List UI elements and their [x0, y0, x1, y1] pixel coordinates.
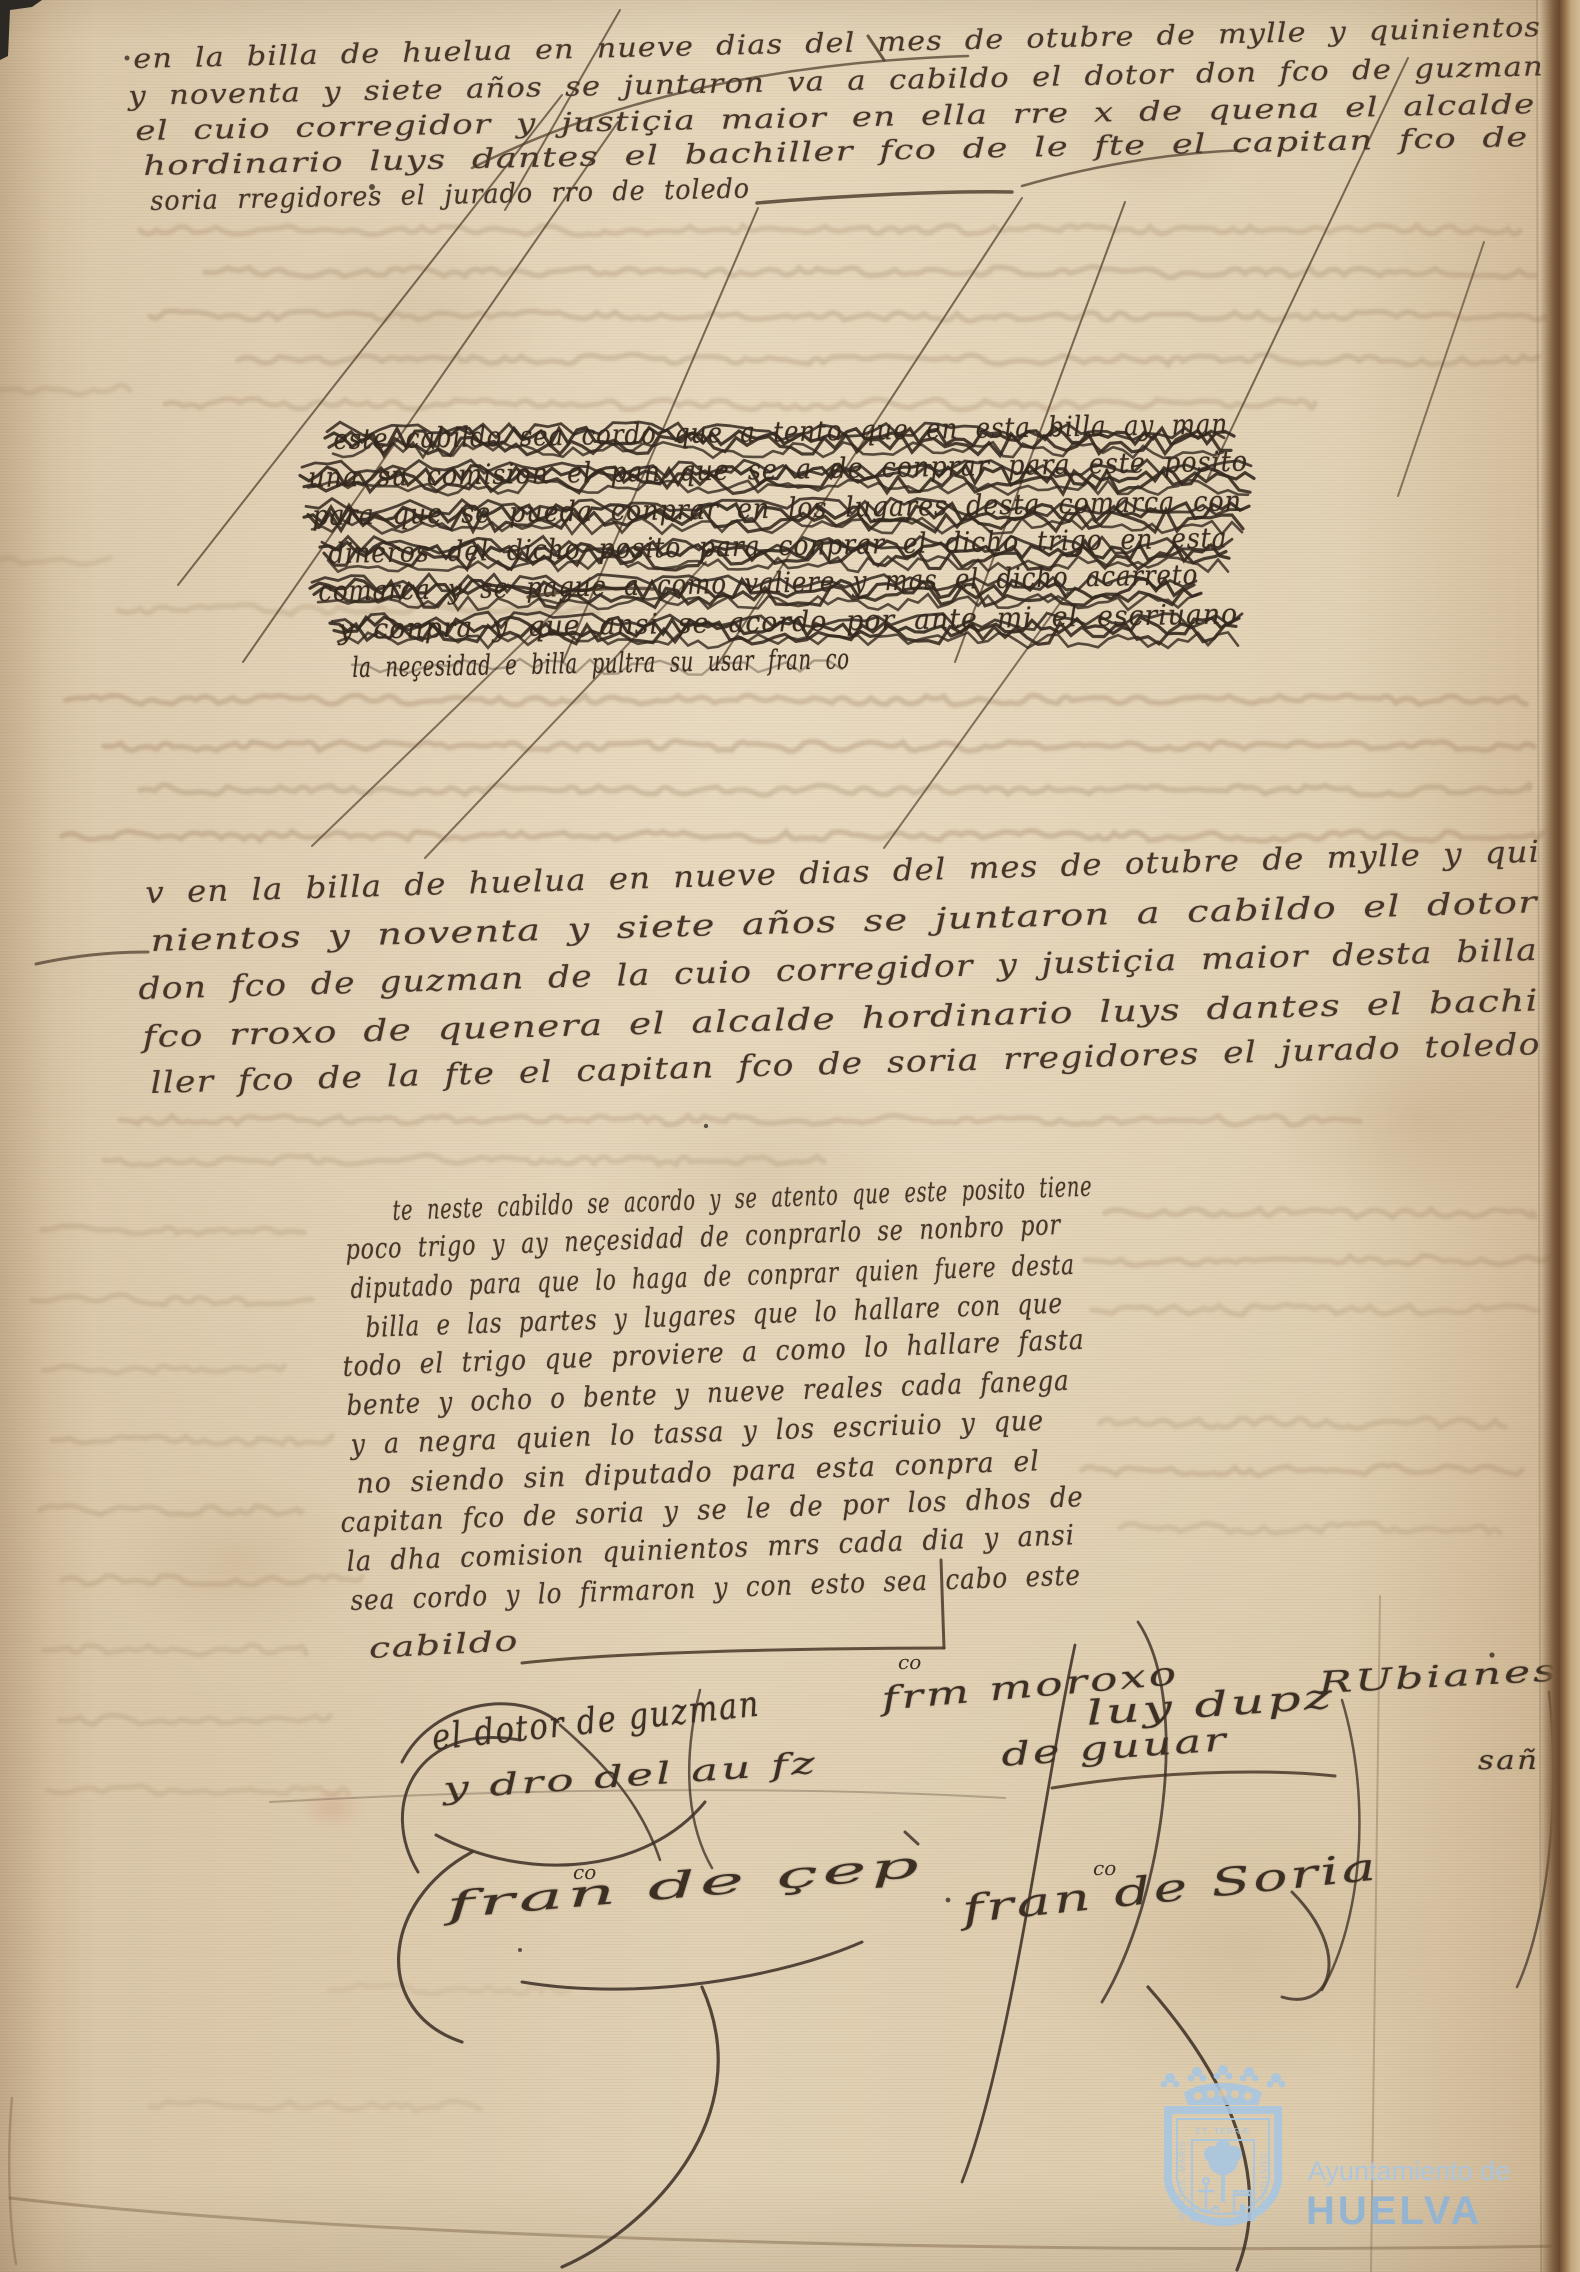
tower-icon [1234, 2191, 1251, 2214]
page-edge-right [1540, 0, 1580, 2272]
page-corner-dark [0, 0, 44, 60]
watermark-org-name: Ayuntamiento de [1308, 2156, 1510, 2186]
ink-strokes-layer [0, 0, 1580, 2272]
signature-bachiller: fran de çep [445, 1844, 925, 1926]
signature-escribano-line2: sañ [1478, 1746, 1539, 1776]
huelva-watermark: ET. TERRÆ PORTUS. MARIS CUSTODIA Ayuntam… [1148, 2062, 1568, 2272]
bleedthrough-layer [0, 0, 1580, 2272]
signature-superscript: co [898, 1650, 921, 1674]
manuscript-scan-page: en la billa de huelua en nueve dias del … [0, 0, 1580, 2272]
shield-motto-top: ET. TERRÆ [1195, 2126, 1250, 2136]
signature-corregidor-line2: y dro del au fz [442, 1746, 819, 1807]
anchor-icon [1193, 2178, 1219, 2212]
closing-word: cabildo [368, 1624, 520, 1665]
signature-fran-de-soria: fran de Soria [960, 1844, 1381, 1931]
shield-motto-left: PORTUS. MARIS [1177, 2140, 1187, 2220]
crown-icon [1161, 2065, 1286, 2105]
signature-corregidor: el dotor de guzman [430, 1684, 762, 1759]
watermark-city-name: HUELVA [1306, 2189, 1483, 2233]
struck-line: la neçesidad e billa pultra su usar fran… [352, 642, 850, 684]
signature-escribano: RUbianes [1318, 1653, 1559, 1701]
shield-motto-right: CUSTODIA [1259, 2154, 1269, 2206]
tree-icon [1204, 2140, 1242, 2202]
huelva-coat-of-arms: ET. TERRÆ PORTUS. MARIS CUSTODIA [1161, 2065, 1286, 2222]
